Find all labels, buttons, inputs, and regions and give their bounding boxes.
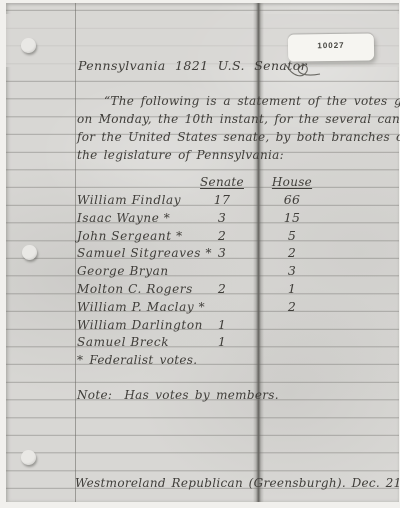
source-citation: Westmoreland Republican (Greensburgh). D… [75,475,400,491]
paragraph-line-1: “The following is a statement of the vot… [104,93,400,109]
hole-punch-middle [22,245,37,260]
paragraph-line-3: for the United States senate, by both br… [77,129,400,145]
senate-votes: 17 [197,192,247,208]
candidate-name: Samuel Breck [77,334,169,350]
senate-votes: 2 [197,228,247,244]
house-votes: 66 [267,192,317,208]
note-line: Note: Has votes by members. [77,387,279,403]
house-votes: 2 [267,299,317,315]
candidate-name: William Findlay [77,192,181,208]
house-votes: 5 [267,228,317,244]
candidate-name: George Bryan [77,263,169,279]
hole-punch-bottom [21,450,36,465]
sticker-number: 10027 [288,33,374,50]
house-votes: 3 [267,263,317,279]
candidate-name: Molton C. Rogers [77,281,193,297]
senate-votes: 3 [197,210,247,226]
candidate-name: William P. Maclay * [77,299,205,315]
senate-votes: 1 [197,317,247,333]
house-votes: 15 [267,210,317,226]
hole-punch-top [21,38,36,53]
title-flourish-stroke [284,61,326,81]
house-votes: 1 [267,281,317,297]
federalist-footnote: * Federalist votes. [77,352,197,368]
page-title: Pennsylvania 1821 U.S. Senator [78,58,307,74]
binding-crease-line [253,3,264,502]
senate-votes: 3 [197,245,247,261]
candidate-name: Samuel Sitgreaves * [77,245,212,261]
column-header-senate: Senate [190,174,254,190]
senate-votes: 1 [197,334,247,350]
paragraph-line-4: the legislature of Pennsylvania: [77,147,284,163]
senate-votes: 2 [197,281,247,297]
candidate-name: Isaac Wayne * [77,210,170,226]
column-header-house: House [260,174,324,190]
paragraph-line-2: on Monday, the 10th instant, for the sev… [77,111,400,127]
candidate-name: John Sergeant * [77,228,183,244]
scanned-notebook-page: 10027 Pennsylvania 1821 U.S. Senator “Th… [6,3,399,502]
left-margin-line [75,3,76,502]
candidate-name: William Darlington [77,317,203,333]
house-votes: 2 [267,245,317,261]
